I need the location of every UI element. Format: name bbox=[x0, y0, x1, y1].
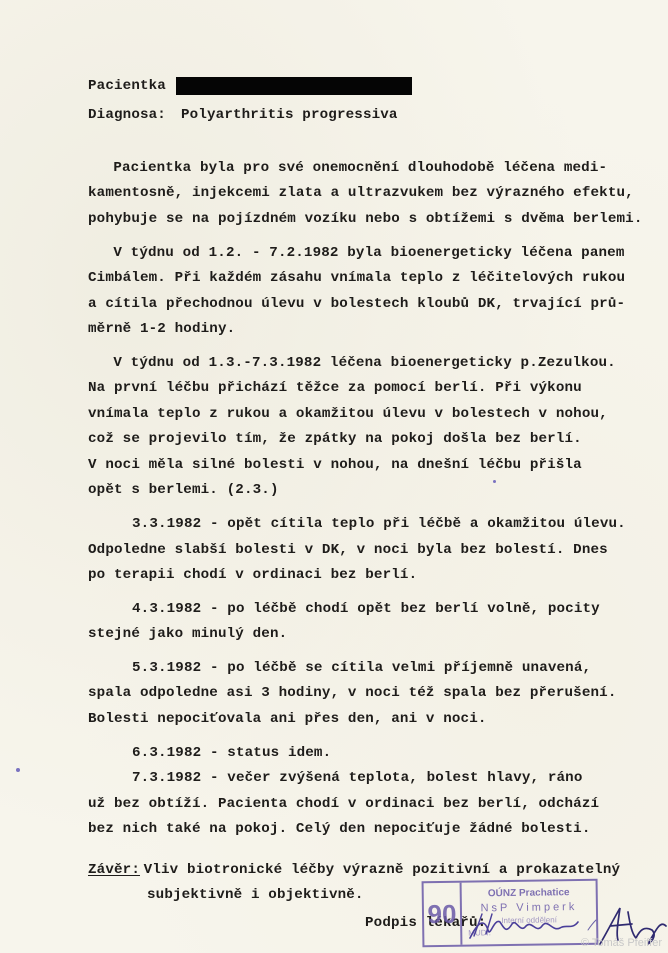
body-text-line: stejné jako minulý den. bbox=[88, 625, 287, 643]
body-text-line: 5.3.1982 - po léčbě se cítila velmi příj… bbox=[106, 659, 591, 677]
conclusion-label: Závěr: bbox=[88, 861, 140, 879]
body-text-line: V týdnu od 1.3.-7.3.1982 léčena bioenerg… bbox=[96, 354, 616, 372]
copyright-watermark: © Tomáš Pfeiffer bbox=[581, 937, 662, 949]
body-text-line: V noci měla silné bolesti v nohou, na dn… bbox=[88, 456, 582, 474]
body-text-line: což se projevilo tím, že zpátky na pokoj… bbox=[88, 430, 582, 448]
document-page: Pacientka Diagnosa: Polyarthritis progre… bbox=[0, 0, 668, 953]
body-text-line: a cítila přechodnou úlevu v bolestech kl… bbox=[88, 295, 625, 313]
body-text-line: 3.3.1982 - opět cítila teplo při léčbě a… bbox=[106, 515, 626, 533]
body-text-line: opět s berlemi. (2.3.) bbox=[88, 481, 279, 499]
body-text-line: 6.3.1982 - status idem. bbox=[106, 744, 331, 762]
body-text-line: 4.3.1982 - po léčbě chodí opět bez berlí… bbox=[106, 600, 600, 618]
diagnosis-label: Diagnosa: bbox=[88, 106, 166, 124]
patient-label: Pacientka bbox=[88, 77, 166, 95]
body-text-line: Cimbálem. Při každém zásahu vnímala tepl… bbox=[88, 269, 625, 287]
conclusion-text-line1: Vliv biotronické léčby výrazně pozitivní… bbox=[135, 861, 620, 879]
body-text-line: vnímala teplo z rukou a okamžitou úlevu … bbox=[88, 405, 608, 423]
body-text-line: 7.3.1982 - večer zvýšená teplota, bolest… bbox=[106, 769, 583, 787]
ink-speck bbox=[493, 480, 496, 483]
body-text-line: Na první léčbu přichází těžce za pomocí … bbox=[88, 379, 582, 397]
ink-speck bbox=[16, 768, 20, 772]
body-text-line: po terapii chodí v ordinaci bez berlí. bbox=[88, 566, 417, 584]
body-text-line: bez nich také na pokoj. Celý den nepociť… bbox=[88, 820, 591, 838]
body-text-line: kamentosně, injekcemi zlata a ultrazvuke… bbox=[88, 184, 634, 202]
stamp-number: 90 bbox=[424, 883, 463, 946]
body-text-line: už bez obtíží. Pacienta chodí v ordinaci… bbox=[88, 795, 599, 813]
body-text-line: Odpoledne slabší bolesti v DK, v noci by… bbox=[88, 541, 608, 559]
body-text-line: Bolesti nepociťovala ani přes den, ani v… bbox=[88, 710, 487, 728]
stamp-line-1: OÚNZ Prachatice bbox=[464, 887, 594, 900]
diagnosis-value: Polyarthritis progressiva bbox=[181, 106, 398, 124]
body-text-line: Pacientka byla pro své onemocnění dlouho… bbox=[96, 159, 607, 177]
conclusion-text-line2: subjektivně i objektivně. bbox=[147, 886, 364, 904]
body-text-line: spala odpoledne asi 3 hodiny, v noci též… bbox=[88, 684, 617, 702]
body-text-line: pohybuje se na pojízdném vozíku nebo s o… bbox=[88, 210, 643, 228]
body-text-line: V týdnu od 1.2. - 7.2.1982 byla bioenerg… bbox=[96, 244, 625, 262]
redacted-patient-name bbox=[176, 77, 412, 95]
body-text-line: měrně 1-2 hodiny. bbox=[88, 320, 235, 338]
